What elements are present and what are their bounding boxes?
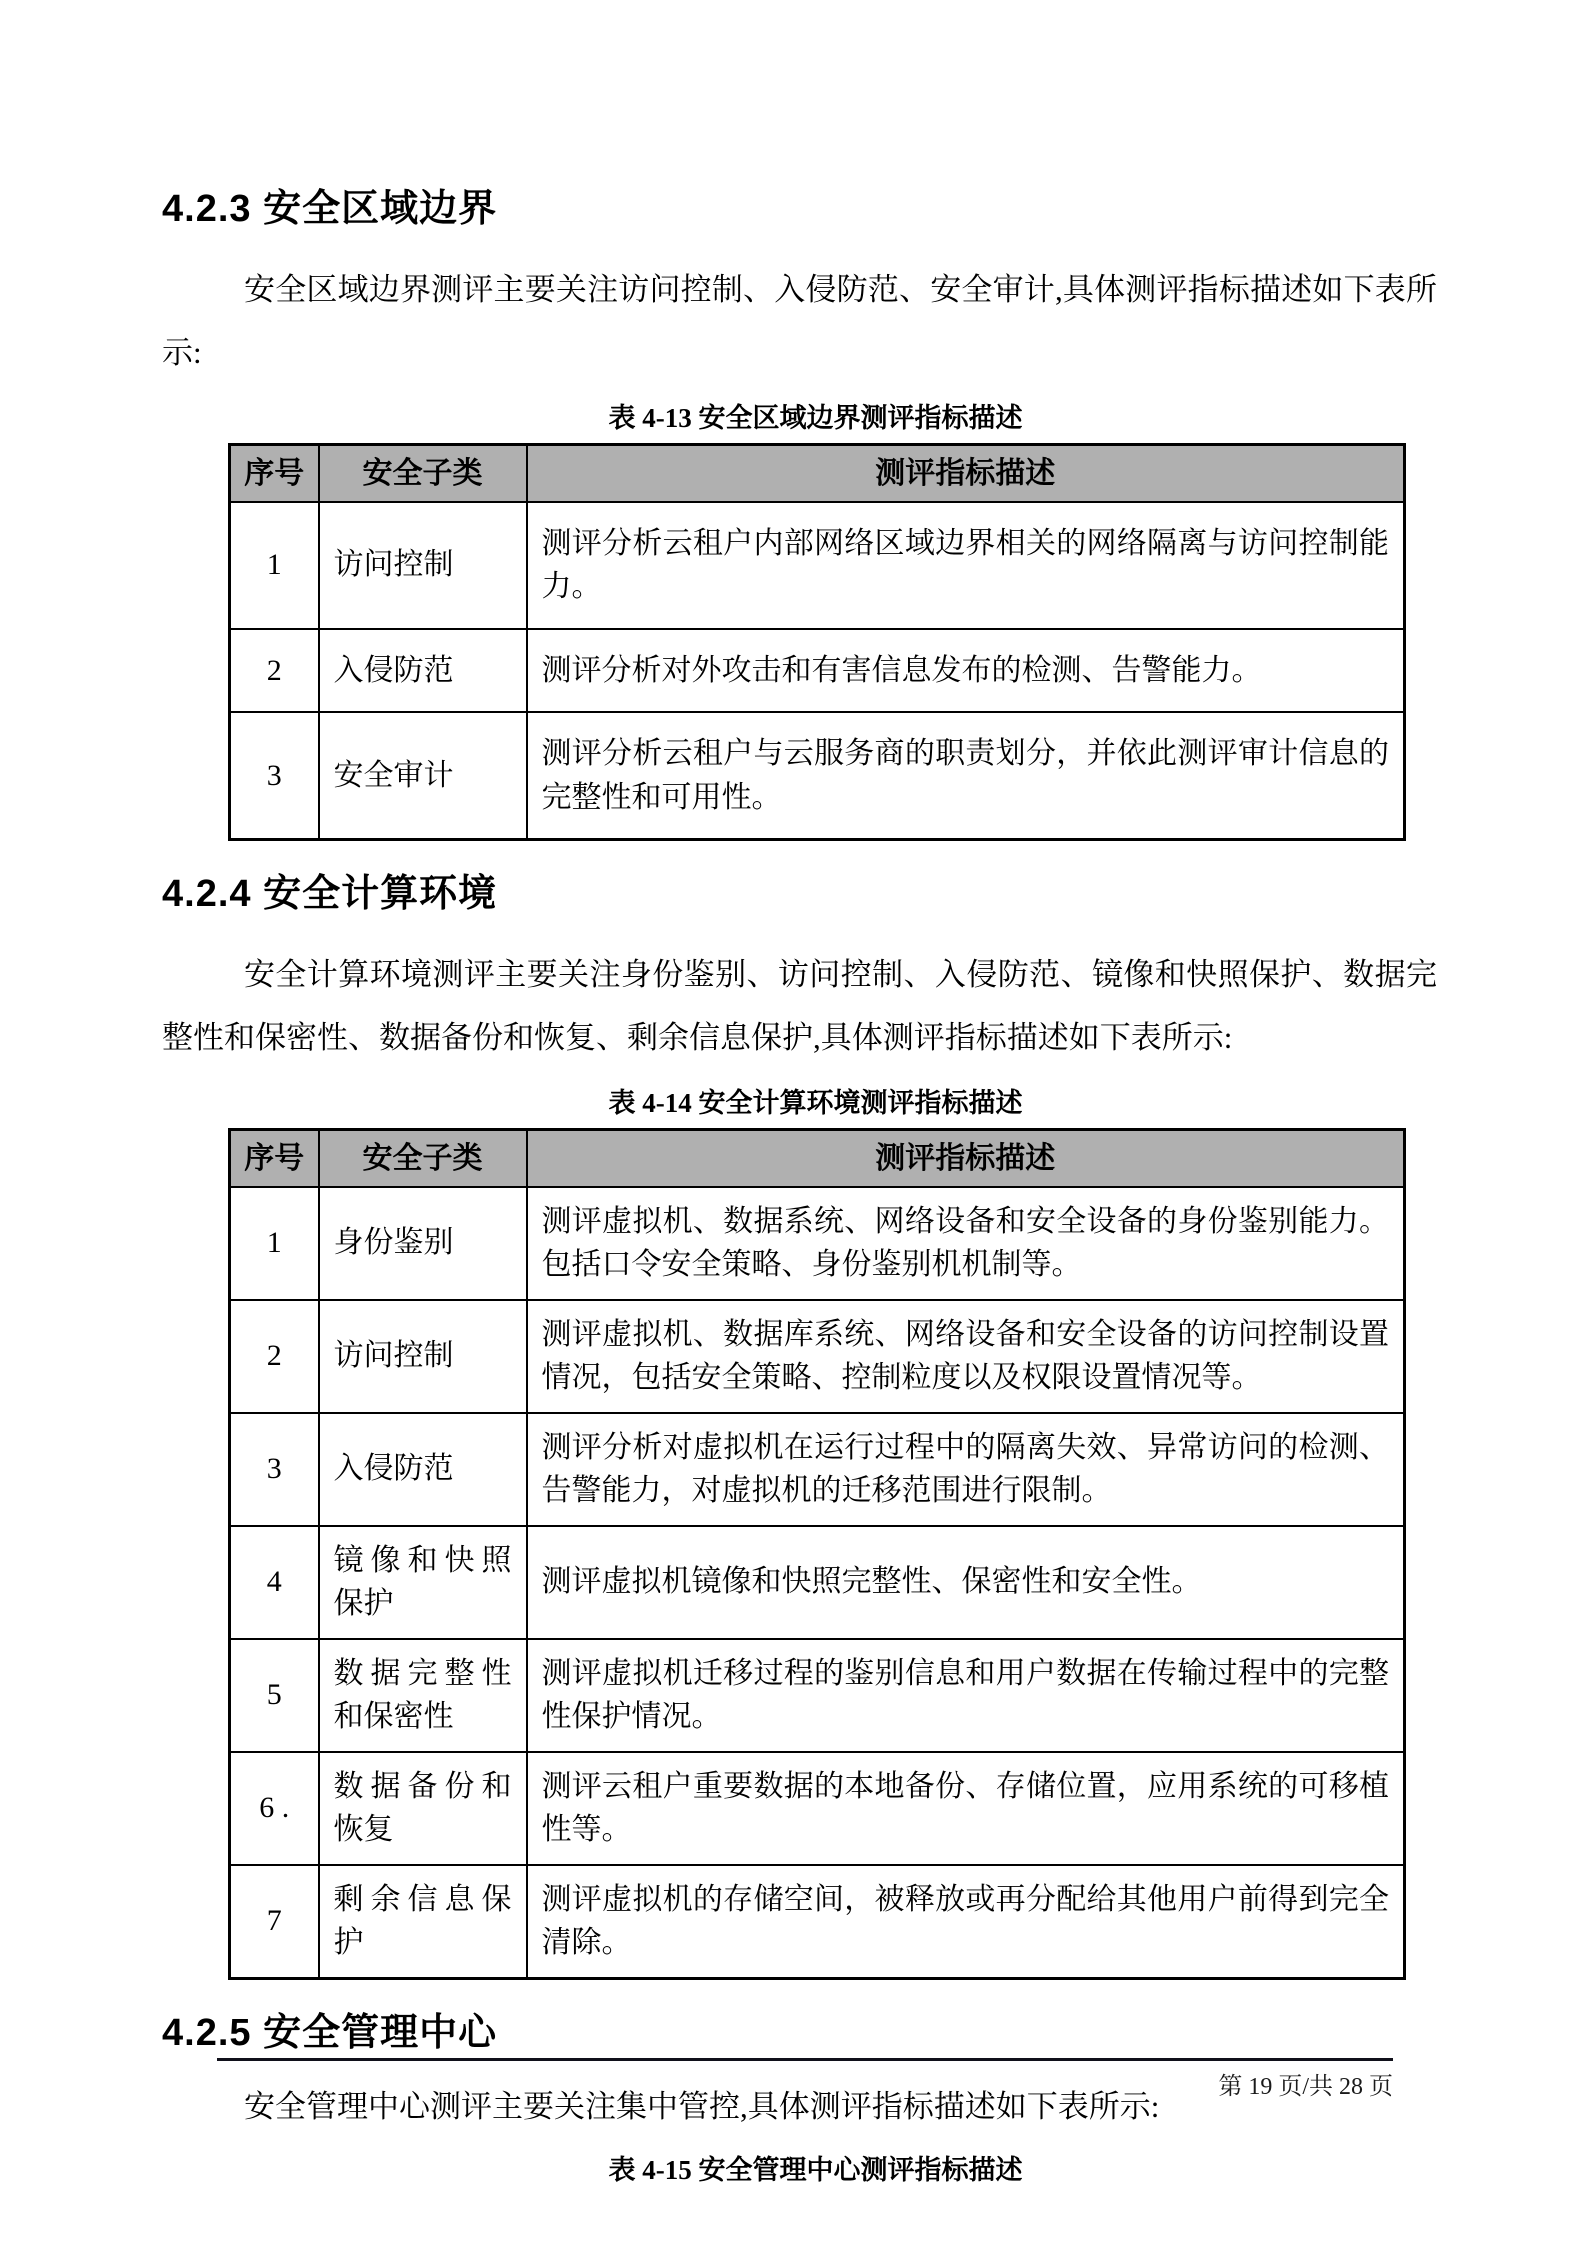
row-subclass: 入侵防范 <box>319 629 527 713</box>
table-row: 1 访问控制 测评分析云租户内部网络区域边界相关的网络隔离与访问控制能力。 <box>230 502 1405 629</box>
row-num: 2 <box>230 1300 319 1413</box>
table-row: 2 入侵防范 测评分析对外攻击和有害信息发布的检测、告警能力。 <box>230 629 1405 713</box>
table-row: 5 数据完整性和保密性 测评虚拟机迁移过程的鉴别信息和用户数据在传输过程中的完整… <box>230 1639 1405 1752</box>
col-header-num: 序号 <box>230 1129 319 1187</box>
table-header-row: 序号 安全子类 测评指标描述 <box>230 444 1405 502</box>
row-subclass: 数据完整性和保密性 <box>319 1639 527 1752</box>
row-subclass: 访问控制 <box>319 502 527 629</box>
section-paragraph-4-2-4: 安全计算环境测评主要关注身份鉴别、访问控制、入侵防范、镜像和快照保护、数据完整性… <box>162 943 1437 1069</box>
table-caption-4-14: 表 4-14 安全计算环境测评指标描述 <box>228 1081 1403 1120</box>
row-subclass: 身份鉴别 <box>319 1187 527 1300</box>
col-header-desc: 测评指标描述 <box>527 444 1405 502</box>
table-header-row: 序号 安全子类 测评指标描述 <box>230 1129 1405 1187</box>
row-num: 7 <box>230 1865 319 1979</box>
row-subclass: 剩余信息保护 <box>319 1865 527 1979</box>
row-subclass: 访问控制 <box>319 1300 527 1413</box>
table-row: 7 剩余信息保护 测评虚拟机的存储空间，被释放或再分配给其他用户前得到完全清除。 <box>230 1865 1405 1979</box>
table-caption-4-15: 表 4-15 安全管理中心测评指标描述 <box>228 2148 1403 2187</box>
footer-divider <box>217 2058 1393 2061</box>
section-heading-4-2-3: 4.2.3 安全区域边界 <box>162 186 1437 234</box>
row-description: 测评虚拟机的存储空间，被释放或再分配给其他用户前得到完全清除。 <box>527 1865 1405 1979</box>
row-description: 测评虚拟机、数据系统、网络设备和安全设备的身份鉴别能力。包括口令安全策略、身份鉴… <box>527 1187 1405 1300</box>
row-description: 测评分析云租户内部网络区域边界相关的网络隔离与访问控制能力。 <box>527 502 1405 629</box>
col-header-desc: 测评指标描述 <box>527 1129 1405 1187</box>
row-num: 4 <box>230 1526 319 1639</box>
row-description: 测评分析对虚拟机在运行过程中的隔离失效、异常访问的检测、告警能力，对虚拟机的迁移… <box>527 1413 1405 1526</box>
table-row: 3 入侵防范 测评分析对虚拟机在运行过程中的隔离失效、异常访问的检测、告警能力，… <box>230 1413 1405 1526</box>
eval-table-4-13: 序号 安全子类 测评指标描述 1 访问控制 测评分析云租户内部网络区域边界相关的… <box>228 443 1406 842</box>
row-subclass: 数据备份和恢复 <box>319 1752 527 1865</box>
table-row: 6 . 数据备份和恢复 测评云租户重要数据的本地备份、存储位置，应用系统的可移植… <box>230 1752 1405 1865</box>
section-paragraph-4-2-3: 安全区域边界测评主要关注访问控制、入侵防范、安全审计,具体测评指标描述如下表所示… <box>162 258 1437 384</box>
row-subclass: 镜像和快照保护 <box>319 1526 527 1639</box>
row-description: 测评虚拟机迁移过程的鉴别信息和用户数据在传输过程中的完整性保护情况。 <box>527 1639 1405 1752</box>
table-row: 2 访问控制 测评虚拟机、数据库系统、网络设备和安全设备的访问控制设置情况，包括… <box>230 1300 1405 1413</box>
table-caption-4-13: 表 4-13 安全区域边界测评指标描述 <box>228 396 1403 435</box>
row-description: 测评虚拟机镜像和快照完整性、保密性和安全性。 <box>527 1526 1405 1639</box>
row-num: 5 <box>230 1639 319 1752</box>
row-num: 2 <box>230 629 319 713</box>
page-content: 4.2.3 安全区域边界 安全区域边界测评主要关注访问控制、入侵防范、安全审计,… <box>162 186 1437 2195</box>
row-num: 1 <box>230 502 319 629</box>
row-description: 测评分析云租户与云服务商的职责划分，并依此测评审计信息的完整性和可用性。 <box>527 712 1405 840</box>
row-num: 1 <box>230 1187 319 1300</box>
section-heading-4-2-4: 4.2.4 安全计算环境 <box>162 871 1437 919</box>
eval-table-4-14: 序号 安全子类 测评指标描述 1 身份鉴别 测评虚拟机、数据系统、网络设备和安全… <box>228 1128 1406 1980</box>
row-description: 测评分析对外攻击和有害信息发布的检测、告警能力。 <box>527 629 1405 713</box>
document-page: 4.2.3 安全区域边界 安全区域边界测评主要关注访问控制、入侵防范、安全审计,… <box>0 0 1587 2245</box>
page-number: 第 19 页/共 28 页 <box>217 2066 1393 2101</box>
row-subclass: 安全审计 <box>319 712 527 840</box>
section-heading-4-2-5: 4.2.5 安全管理中心 <box>162 2010 1437 2058</box>
col-header-sub: 安全子类 <box>319 1129 527 1187</box>
row-num: 6 . <box>230 1752 319 1865</box>
table-row: 3 安全审计 测评分析云租户与云服务商的职责划分，并依此测评审计信息的完整性和可… <box>230 712 1405 840</box>
table-row: 1 身份鉴别 测评虚拟机、数据系统、网络设备和安全设备的身份鉴别能力。包括口令安… <box>230 1187 1405 1300</box>
row-num: 3 <box>230 1413 319 1526</box>
row-description: 测评虚拟机、数据库系统、网络设备和安全设备的访问控制设置情况，包括安全策略、控制… <box>527 1300 1405 1413</box>
col-header-sub: 安全子类 <box>319 444 527 502</box>
table-row: 4 镜像和快照保护 测评虚拟机镜像和快照完整性、保密性和安全性。 <box>230 1526 1405 1639</box>
col-header-num: 序号 <box>230 444 319 502</box>
row-subclass: 入侵防范 <box>319 1413 527 1526</box>
row-num: 3 <box>230 712 319 840</box>
row-description: 测评云租户重要数据的本地备份、存储位置，应用系统的可移植性等。 <box>527 1752 1405 1865</box>
